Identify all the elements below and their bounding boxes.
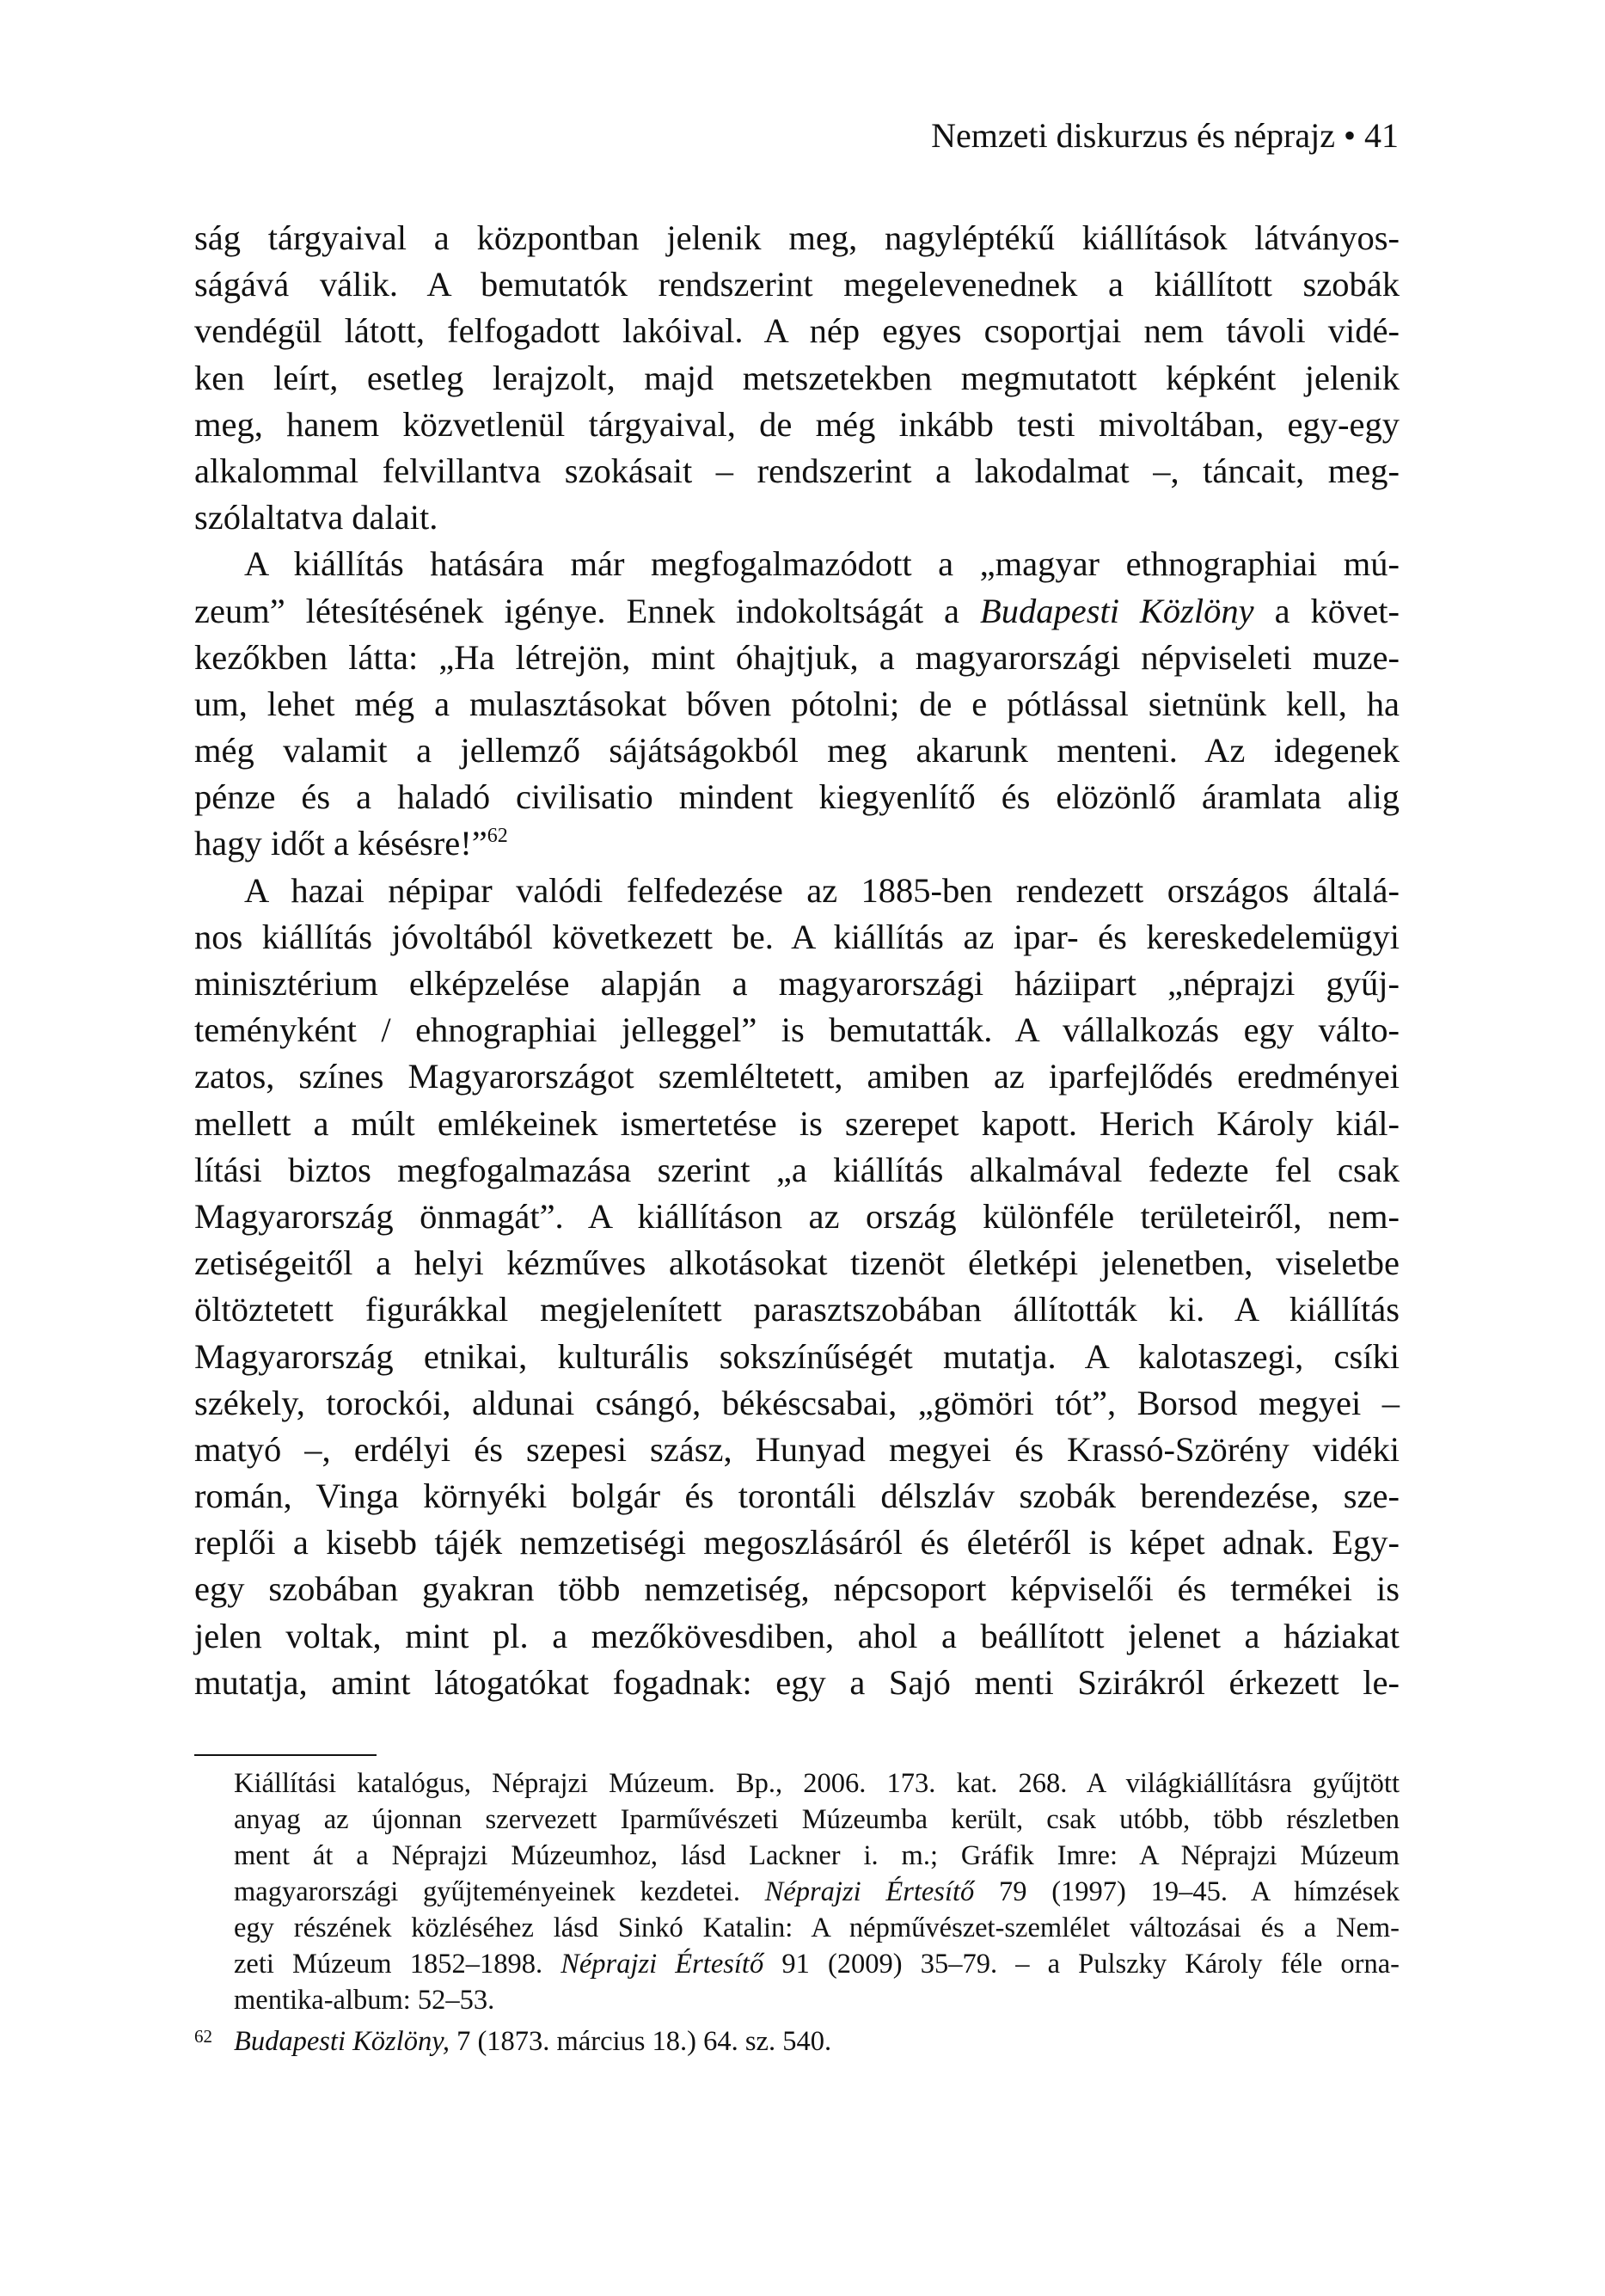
text-run: zeti Múzeum 1852–1898.: [234, 1949, 561, 1980]
text-line: A kiállítás hatására már megfogalmazódot…: [194, 541, 1400, 587]
text-line: székely, torockói, aldunai csángó, békés…: [194, 1380, 1400, 1427]
footnote-reference[interactable]: 62: [487, 825, 508, 847]
text-run: a követ-: [1254, 592, 1400, 630]
text-line: még valamit a jellemző sájátságokból meg…: [194, 727, 1400, 774]
paragraph-2: A kiállítás hatására már megfogalmazódot…: [194, 541, 1400, 867]
text-line: román, Vinga környéki bolgár és torontál…: [194, 1473, 1400, 1519]
text-line: mellett a múlt emlékeinek ismertetése is…: [194, 1101, 1400, 1147]
footnote-line: anyag az újonnan szervezett Iparművészet…: [234, 1802, 1400, 1838]
text-line: zatos, színes Magyarországot szemléltete…: [194, 1053, 1400, 1100]
text-run: 79 (1997) 19–45. A hímzések: [974, 1876, 1400, 1907]
text-line: ken leírt, esetleg lerajzolt, majd metsz…: [194, 355, 1400, 402]
footnote-line: magyarországi gyűjteményeinek kezdetei. …: [234, 1874, 1400, 1910]
footnote-line: Kiállítási katalógus, Néprajzi Múzeum. B…: [234, 1765, 1400, 1802]
text-line: vendégül látott, felfogadott lakóival. A…: [194, 308, 1400, 354]
running-head: Nemzeti diskurzus és néprajz • 41: [931, 110, 1399, 162]
text-line: ságává válik. A bemutatók rendszerint me…: [194, 261, 1400, 308]
footnote-line: ment át a Néprajzi Múzeumhoz, lásd Lackn…: [234, 1838, 1400, 1874]
text-line: kezőkben látta: „Ha létrejön, mint óhajt…: [194, 635, 1400, 681]
body-text: ság tárgyaival a központban jelenik meg,…: [194, 215, 1400, 1706]
page-number: 41: [1364, 116, 1399, 155]
text-line: lítási biztos megfogalmazása szerint „a …: [194, 1147, 1400, 1194]
running-head-separator: •: [1344, 116, 1356, 155]
text-line: pénze és a haladó civilisatio mindent ki…: [194, 774, 1400, 820]
text-run: 7 (1873. március 18.) 64. sz. 540.: [450, 2026, 831, 2057]
paragraph-1: ság tárgyaival a központban jelenik meg,…: [194, 215, 1400, 541]
italic-title: Budapesti Közlöny,: [234, 2026, 450, 2057]
text-line: um, lehet még a mulasztásokat bőven póto…: [194, 681, 1400, 727]
footnote-line: mentika-album: 52–53.: [234, 1982, 1400, 2018]
text-line: mutatja, amint látogatókat fogadnak: egy…: [194, 1660, 1400, 1706]
footnote-62: 62 Budapesti Közlöny, 7 (1873. március 1…: [194, 2023, 1400, 2060]
italic-title: Néprajzi Értesítő: [765, 1876, 975, 1907]
paragraph-3: A hazai népipar valódi felfedezése az 18…: [194, 868, 1400, 1706]
text-line: ság tárgyaival a központban jelenik meg,…: [194, 215, 1400, 261]
text-line: Magyarország etnikai, kulturális sokszín…: [194, 1334, 1400, 1380]
text-line: matyó –, erdélyi és szepesi szász, Hunya…: [194, 1427, 1400, 1473]
text-line: hagy időt a késésre!”62: [194, 820, 1400, 867]
text-line: szólaltatva dalait.: [194, 494, 1400, 541]
footnotes: Kiállítási katalógus, Néprajzi Múzeum. B…: [194, 1765, 1400, 2060]
footnote-number: 62: [194, 2023, 212, 2049]
footnote-line: Budapesti Közlöny, 7 (1873. március 18.)…: [234, 2023, 1400, 2060]
text-line: öltöztetett figurákkal megjelenített par…: [194, 1286, 1400, 1333]
text-line: meg, hanem közvetlenül tárgyaival, de mé…: [194, 402, 1400, 448]
running-head-title: Nemzeti diskurzus és néprajz: [931, 116, 1335, 155]
footnote-line: zeti Múzeum 1852–1898. Néprajzi Értesítő…: [234, 1946, 1400, 1982]
text-line: egy szobában gyakran több nemzetiség, né…: [194, 1566, 1400, 1612]
text-line: zetiségeitől a helyi kézműves alkotásoka…: [194, 1240, 1400, 1286]
footnote-divider: [194, 1754, 377, 1756]
italic-title: Néprajzi Értesítő: [561, 1949, 763, 1980]
text-line: Magyarország önmagát”. A kiállításon az …: [194, 1194, 1400, 1240]
text-line: A hazai népipar valódi felfedezése az 18…: [194, 868, 1400, 914]
text-run: 91 (2009) 35–79. – a Pulszky Károly féle…: [763, 1949, 1400, 1980]
text-run: zeum” létesítésének igénye. Ennek indoko…: [194, 592, 980, 630]
text-line: teményként / ehnographiai jelleggel” is …: [194, 1007, 1400, 1053]
footnote-line: egy részének közléséhez lásd Sinkó Katal…: [234, 1910, 1400, 1946]
text-line: zeum” létesítésének igénye. Ennek indoko…: [194, 588, 1400, 635]
footnote-continued: Kiállítási katalógus, Néprajzi Múzeum. B…: [194, 1765, 1400, 2018]
text-line: nos kiállítás jóvoltából következett be.…: [194, 914, 1400, 961]
text-line: minisztérium elképzelése alapján a magya…: [194, 961, 1400, 1007]
text-line: alkalommal felvillantva szokásait – rend…: [194, 448, 1400, 494]
text-line: replői a kisebb tájék nemzetiségi megosz…: [194, 1519, 1400, 1566]
text-run: hagy időt a késésre!”: [194, 824, 487, 863]
text-line: jelen voltak, mint pl. a mezőkövesdiben,…: [194, 1613, 1400, 1660]
text-run: magyarországi gyűjteményeinek kezdetei.: [234, 1876, 765, 1907]
italic-title: Budapesti Közlöny: [980, 592, 1254, 630]
